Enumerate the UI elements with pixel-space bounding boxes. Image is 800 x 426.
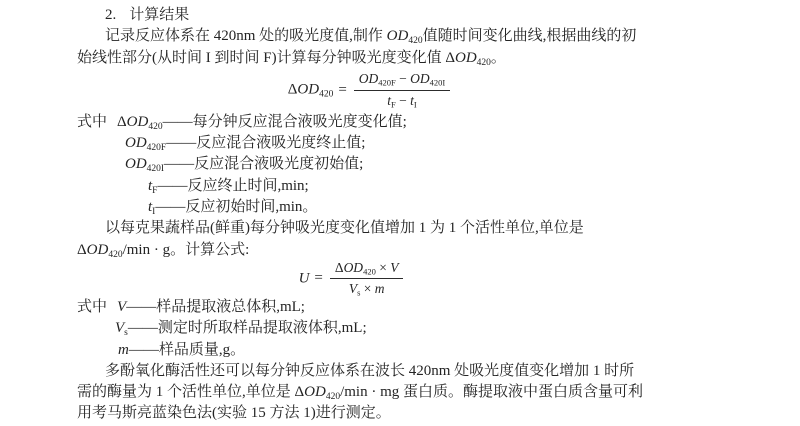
text-run: /min · mg 蛋白质。酶提取液中蛋白质含量可利 [340,384,643,400]
formula-1-body: ΔOD420=OD420F − OD420ItF − tI [288,70,451,110]
variable-v: V [390,260,398,275]
definition-row: OD420I——反应混合液吸光度初始值; [77,154,625,175]
definition-row: 式中V——样品提取液总体积,mL; [77,297,625,318]
definition-text: ——反应混合液吸光度初始值; [164,156,363,172]
text-run: 值随时间变化曲线,根据曲线的初 [423,28,637,44]
variable-v: V [115,320,124,336]
subscript-420f: 420F [378,78,395,88]
variable-m: m [375,281,385,296]
variable-od: OD [344,260,364,275]
definition-text: ——样品提取液总体积,mL; [126,299,305,315]
text-run: 需的酶量为 1 个活性单位,单位是 Δ [77,384,304,400]
variable-od: OD [359,71,379,86]
section-number: 2. [105,7,116,23]
formula-2-body: U=ΔOD420 × VVs × m [299,259,404,299]
subscript-420: 420 [408,36,422,46]
definition-row: m——样品质量,g。 [77,340,625,361]
text-run: /min · g。计算公式: [123,242,250,258]
text-run: 记录反应体系在 420nm 处的吸光度值,制作 [105,28,387,44]
definition-text: ——每分钟反应混合液吸光度变化值; [163,114,407,130]
minus-sign: − [399,71,407,86]
variable-od: OD [387,28,409,44]
paragraph-3-line-1: 多酚氧化酶活性还可以每分钟反应体系在波长 420nm 处吸光度值变化增加 1 时… [77,361,625,382]
formula-where-label: 式中 [77,299,107,315]
section-title: 计算结果 [129,7,189,23]
definition-row: OD420F——反应混合液吸光度终止值; [77,133,625,154]
formula-where-label: 式中 [77,114,107,130]
definition-row: tF——反应终止时间,min; [77,176,625,197]
fraction: ΔOD420 × VVs × m [330,259,404,299]
text-run: 以每克果蔬样品(鲜重)每分钟吸光度变化值增加 1 为 1 个活性单位,单位是 [105,220,584,236]
definition-text: ——反应混合液吸光度终止值; [166,135,365,151]
variable-od: OD [297,82,319,98]
subscript-420: 420 [326,392,340,402]
delta-symbol: Δ [335,260,344,275]
text-run: 多酚氧化酶活性还可以每分钟反应体系在波长 420nm 处吸光度值变化增加 1 时… [105,363,634,379]
subscript-420i: 420I [147,164,164,174]
subscript-420: 420 [319,90,333,100]
variable-od: OD [455,50,477,66]
variable-od: OD [87,242,109,258]
paragraph-2-line-1: 以每克果蔬样品(鲜重)每分钟吸光度变化值增加 1 为 1 个活性单位,单位是 [77,218,625,239]
subscript-420: 420 [108,250,122,260]
fraction-numerator: ΔOD420 × V [330,259,404,280]
equals-sign: = [338,82,346,98]
paragraph-2-line-2: ΔOD420/min · g。计算公式: [77,240,625,261]
delta-symbol: Δ [77,242,87,258]
definition-text: ——反应终止时间,min; [157,178,308,194]
section-heading: 2.计算结果 [77,5,625,26]
times-sign: × [379,260,387,275]
paragraph-3-line-2: 需的酶量为 1 个活性单位,单位是 ΔOD420/min · mg 蛋白质。酶提… [77,382,625,403]
variable-od: OD [125,135,147,151]
subscript-i: I [414,99,417,109]
fraction-denominator: tF − tI [354,91,450,111]
minus-sign: − [399,93,407,108]
subscript-420: 420 [148,122,162,132]
times-sign: × [364,281,372,296]
delta-symbol: Δ [117,114,127,130]
definition-text: ——样品质量,g。 [129,342,245,358]
definition-text: ——反应初始时间,min。 [155,199,317,215]
subscript-420: 420 [477,58,491,68]
definition-row: 式中ΔOD420——每分钟反应混合液吸光度变化值; [77,112,625,133]
subscript-f: F [391,99,396,109]
delta-symbol: Δ [288,82,298,98]
subscript-s: s [357,288,360,298]
formula-delta-od: ΔOD420=OD420F − OD420ItF − tI [77,69,625,112]
subscript-420: 420 [363,266,376,276]
variable-od: OD [125,156,147,172]
variable-v: V [117,299,126,315]
variable-m: m [118,342,129,358]
text-run: 。 [491,50,506,66]
text-run: 始线性部分(从时间 I 到时间 F)计算每分钟吸光度变化值 Δ [77,50,455,66]
variable-od: OD [304,384,326,400]
subscript-420f: 420F [147,143,167,153]
equals-sign: = [314,270,322,286]
variable-od: OD [127,114,149,130]
subscript-420i: 420I [430,78,446,88]
formula-activity-unit: U=ΔOD420 × VVs × m [77,261,625,297]
variable-u: U [299,270,310,286]
paragraph-1-line-2: 始线性部分(从时间 I 到时间 F)计算每分钟吸光度变化值 ΔOD420。 [77,48,625,69]
fraction-numerator: OD420F − OD420I [354,70,450,91]
text-run: 用考马斯亮蓝染色法(实验 15 方法 1)进行测定。 [77,405,391,421]
fraction-denominator: Vs × m [330,279,404,299]
fraction: OD420F − OD420ItF − tI [354,70,450,110]
paragraph-1-line-1: 记录反应体系在 420nm 处的吸光度值,制作 OD420值随时间变化曲线,根据… [77,26,625,47]
variable-od: OD [410,71,430,86]
definition-row: Vs——测定时所取样品提取液体积,mL; [77,318,625,339]
definition-text: ——测定时所取样品提取液体积,mL; [128,320,367,336]
definition-row: tI——反应初始时间,min。 [77,197,625,218]
variable-v: V [349,281,357,296]
paragraph-3-line-3: 用考马斯亮蓝染色法(实验 15 方法 1)进行测定。 [77,403,625,424]
document-page: 2.计算结果 记录反应体系在 420nm 处的吸光度值,制作 OD420值随时间… [77,5,625,425]
